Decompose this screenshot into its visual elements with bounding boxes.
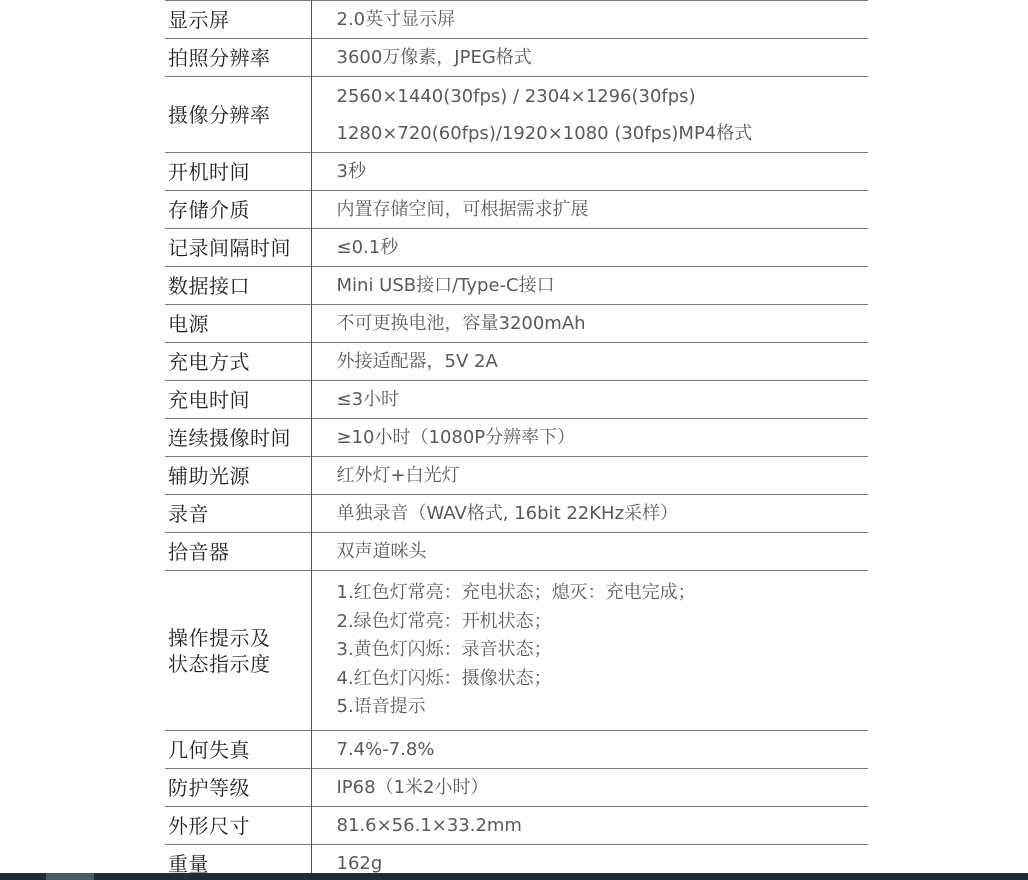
spec-row-record-interval: 记录间隔时间 ≤0.1秒 <box>165 229 868 267</box>
spec-value-line: ≥10小时（1080P分辨率下） <box>337 424 869 452</box>
spec-value: 7.4%-7.8% <box>311 731 868 769</box>
spec-label-line: 操作提示及 <box>168 625 311 651</box>
spec-value: 单独录音（WAV格式, 16bit 22KHz采样） <box>311 495 868 533</box>
spec-value-line: 2.绿色灯常亮：开机状态； <box>337 608 869 637</box>
spec-value: Mini USB接口/Type-C接口 <box>311 267 868 305</box>
spec-value-line: 81.6×56.1×33.2mm <box>337 812 869 840</box>
spec-value: 2560×1440(30fps) / 2304×1296(30fps) 1280… <box>311 77 868 153</box>
spec-value-line: 内置存储空间，可根据需求扩展 <box>337 196 869 224</box>
spec-label: 记录间隔时间 <box>165 229 311 267</box>
spec-value-line: ≤3小时 <box>337 386 869 414</box>
spec-value-line: 5.语音提示 <box>337 693 869 722</box>
spec-value-line: 2560×1440(30fps) / 2304×1296(30fps) <box>337 78 869 115</box>
spec-label: 拾音器 <box>165 533 311 571</box>
spec-value-line: ≤0.1秒 <box>337 234 869 262</box>
spec-label: 充电方式 <box>165 343 311 381</box>
spec-value: 1.红色灯常亮：充电状态；熄灭：充电完成； 2.绿色灯常亮：开机状态； 3.黄色… <box>311 571 868 731</box>
spec-label: 拍照分辨率 <box>165 39 311 77</box>
spec-value: IP68（1米2小时） <box>311 769 868 807</box>
spec-table: 显示屏 2.0英寸显示屏 拍照分辨率 3600万像素，JPEG格式 摄像分辨率 … <box>165 0 868 880</box>
spec-row-boot-time: 开机时间 3秒 <box>165 153 868 191</box>
spec-value: 不可更换电池，容量3200mAh <box>311 305 868 343</box>
spec-value: 外接适配器，5V 2A <box>311 343 868 381</box>
spec-value-line: 外接适配器，5V 2A <box>337 348 869 376</box>
spec-label: 存储介质 <box>165 191 311 229</box>
spec-value: 双声道咪头 <box>311 533 868 571</box>
spec-label: 操作提示及 状态指示度 <box>165 571 311 731</box>
spec-label: 防护等级 <box>165 769 311 807</box>
spec-label: 电源 <box>165 305 311 343</box>
spec-value-line: 4.红色灯闪烁：摄像状态； <box>337 665 869 694</box>
spec-row-protection-level: 防护等级 IP68（1米2小时） <box>165 769 868 807</box>
spec-row-dimensions: 外形尺寸 81.6×56.1×33.2mm <box>165 807 868 845</box>
spec-value-line: IP68（1米2小时） <box>337 774 869 802</box>
spec-value: 3秒 <box>311 153 868 191</box>
spec-value: 内置存储空间，可根据需求扩展 <box>311 191 868 229</box>
spec-value-line: 3.黄色灯闪烁：录音状态； <box>337 636 869 665</box>
spec-value-line: 3秒 <box>337 158 869 186</box>
spec-value: 2.0英寸显示屏 <box>311 1 868 39</box>
scrollbar-thumb[interactable] <box>46 873 94 880</box>
spec-row-photo-resolution: 拍照分辨率 3600万像素，JPEG格式 <box>165 39 868 77</box>
spec-label: 辅助光源 <box>165 457 311 495</box>
spec-value-line: Mini USB接口/Type-C接口 <box>337 272 869 300</box>
spec-value-line: 红外灯+白光灯 <box>337 462 869 490</box>
spec-label: 开机时间 <box>165 153 311 191</box>
spec-row-display: 显示屏 2.0英寸显示屏 <box>165 1 868 39</box>
spec-value-line: 1.红色灯常亮：充电状态；熄灭：充电完成； <box>337 579 869 608</box>
spec-value-line: 双声道咪头 <box>337 538 869 566</box>
spec-label: 数据接口 <box>165 267 311 305</box>
spec-label: 外形尺寸 <box>165 807 311 845</box>
spec-row-audio-recording: 录音 单独录音（WAV格式, 16bit 22KHz采样） <box>165 495 868 533</box>
spec-row-status-indicators: 操作提示及 状态指示度 1.红色灯常亮：充电状态；熄灭：充电完成； 2.绿色灯常… <box>165 571 868 731</box>
horizontal-scrollbar[interactable] <box>0 873 1028 880</box>
spec-row-data-interface: 数据接口 Mini USB接口/Type-C接口 <box>165 267 868 305</box>
spec-row-aux-light: 辅助光源 红外灯+白光灯 <box>165 457 868 495</box>
spec-row-power: 电源 不可更换电池，容量3200mAh <box>165 305 868 343</box>
spec-label: 摄像分辨率 <box>165 77 311 153</box>
spec-label: 几何失真 <box>165 731 311 769</box>
spec-value: 红外灯+白光灯 <box>311 457 868 495</box>
spec-value-line: 7.4%-7.8% <box>337 736 869 764</box>
spec-label: 充电时间 <box>165 381 311 419</box>
spec-label: 录音 <box>165 495 311 533</box>
spec-value-line: 3600万像素，JPEG格式 <box>337 44 869 72</box>
spec-row-storage: 存储介质 内置存储空间，可根据需求扩展 <box>165 191 868 229</box>
spec-row-charging-method: 充电方式 外接适配器，5V 2A <box>165 343 868 381</box>
spec-label: 显示屏 <box>165 1 311 39</box>
spec-label-line: 状态指示度 <box>168 651 311 677</box>
spec-row-distortion: 几何失真 7.4%-7.8% <box>165 731 868 769</box>
spec-value-line: 不可更换电池，容量3200mAh <box>337 310 869 338</box>
spec-value: 3600万像素，JPEG格式 <box>311 39 868 77</box>
spec-value-line: 2.0英寸显示屏 <box>337 6 869 34</box>
spec-row-microphone: 拾音器 双声道咪头 <box>165 533 868 571</box>
spec-row-charging-time: 充电时间 ≤3小时 <box>165 381 868 419</box>
spec-value: 81.6×56.1×33.2mm <box>311 807 868 845</box>
spec-row-video-resolution: 摄像分辨率 2560×1440(30fps) / 2304×1296(30fps… <box>165 77 868 153</box>
spec-label: 连续摄像时间 <box>165 419 311 457</box>
spec-value: ≤3小时 <box>311 381 868 419</box>
spec-value: ≥10小时（1080P分辨率下） <box>311 419 868 457</box>
spec-row-continuous-recording: 连续摄像时间 ≥10小时（1080P分辨率下） <box>165 419 868 457</box>
spec-value-line: 单独录音（WAV格式, 16bit 22KHz采样） <box>337 500 869 528</box>
spec-value: ≤0.1秒 <box>311 229 868 267</box>
spec-value-line: 1280×720(60fps)/1920×1080 (30fps)MP4格式 <box>337 115 869 152</box>
